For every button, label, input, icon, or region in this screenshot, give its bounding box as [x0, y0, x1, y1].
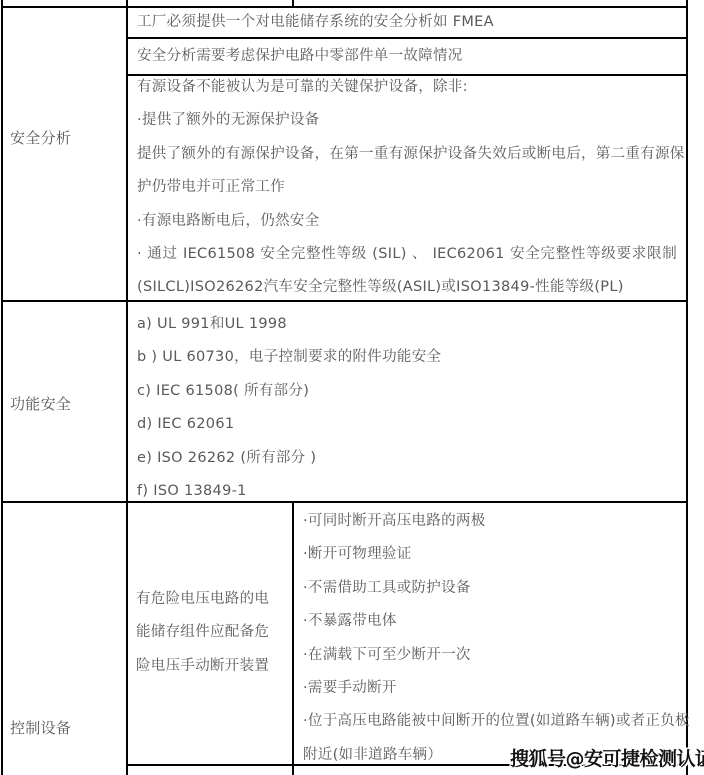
standard-list-item: e) ISO 26262 (所有部分 )	[137, 442, 677, 475]
cell-text: 安全分析需要考虑保护电路中零部件单一故障情况	[137, 40, 463, 73]
cell-text-line: 有源设备不能被认为是可靠的关键保护设备，除非:	[137, 71, 677, 104]
cell-text-line: 险电压手动断开装置	[136, 650, 286, 683]
cell-text-line: ·有源电路断电后，仍然安全	[137, 205, 677, 238]
bullet-line: ·不需借助工具或防护设备	[303, 572, 681, 605]
table-divider-label-column	[126, 0, 128, 775]
cell-safety-analysis-requirement-1: 工厂必须提供一个对电能储存系统的安全分析如 FMEA	[137, 7, 677, 38]
cell-control-equipment-bullets: ·可同时断开高压电路的两极 ·断开可物理验证 ·不需借助工具或防护设备 ·不暴露…	[303, 502, 681, 764]
cell-text-line: 能储存组件应配备危	[136, 616, 286, 649]
standard-list-item: b ) UL 60730，电子控制要求的附件功能安全	[137, 341, 677, 374]
row-label-functional-safety: 功能安全	[10, 393, 71, 414]
sohu-watermark: 搜狐号@安可捷检测认证	[510, 744, 704, 771]
bullet-line: ·断开可物理验证	[303, 538, 681, 571]
cell-text: 工厂必须提供一个对电能储存系统的安全分析如 FMEA	[137, 6, 494, 39]
document-table-page: 安全分析 功能安全 控制设备 工厂必须提供一个对电能储存系统的安全分析如 FME…	[0, 0, 704, 775]
bullet-line: ·可同时断开高压电路的两极	[303, 505, 681, 538]
standard-list-item: d) IEC 62061	[137, 408, 677, 441]
cell-safety-analysis-requirement-2: 安全分析需要考虑保护电路中零部件单一故障情况	[137, 38, 677, 75]
cell-text-line: 有危险电压电路的电	[136, 583, 286, 616]
bullet-line: ·位于高压电路能被中间断开的位置(如道路车辆)或者正负极	[303, 705, 681, 738]
cell-text-line: 护仍带电并可正常工作	[137, 171, 677, 204]
bullet-line: ·在满载下可至少断开一次	[303, 639, 681, 672]
table-border-right	[686, 0, 688, 775]
bullet-line: ·不暴露带电体	[303, 605, 681, 638]
standard-list-item: a) UL 991和UL 1998	[137, 308, 677, 341]
table-border-left	[1, 0, 3, 775]
cell-text-line: (SILCL)ISO26262汽车安全完整性等级(ASIL)或ISO13849-…	[137, 271, 677, 304]
standard-list-item: c) IEC 61508( 所有部分)	[137, 375, 677, 408]
cell-text-line: 提供了额外的有源保护设备，在第一重有源保护设备失效后或断电后，第二重有源保	[137, 138, 677, 171]
row-label-control-equipment: 控制设备	[10, 717, 71, 738]
cell-text-line: · 通过 IEC61508 安全完整性等级 (SIL) 、 IEC62061 安…	[137, 238, 677, 271]
cell-control-equipment-requirement: 有危险电压电路的电 能储存组件应配备危 险电压手动断开装置	[136, 502, 286, 764]
cell-safety-analysis-requirement-3: 有源设备不能被认为是可靠的关键保护设备，除非: ·提供了额外的无源保护设备 提供…	[137, 71, 677, 301]
cell-text-line: ·提供了额外的无源保护设备	[137, 104, 677, 137]
cell-functional-safety-standards: a) UL 991和UL 1998 b ) UL 60730，电子控制要求的附件…	[137, 301, 677, 501]
bullet-line: ·需要手动断开	[303, 672, 681, 705]
table-divider-middle-column	[292, 501, 294, 775]
row-label-safety-analysis: 安全分析	[10, 127, 71, 148]
